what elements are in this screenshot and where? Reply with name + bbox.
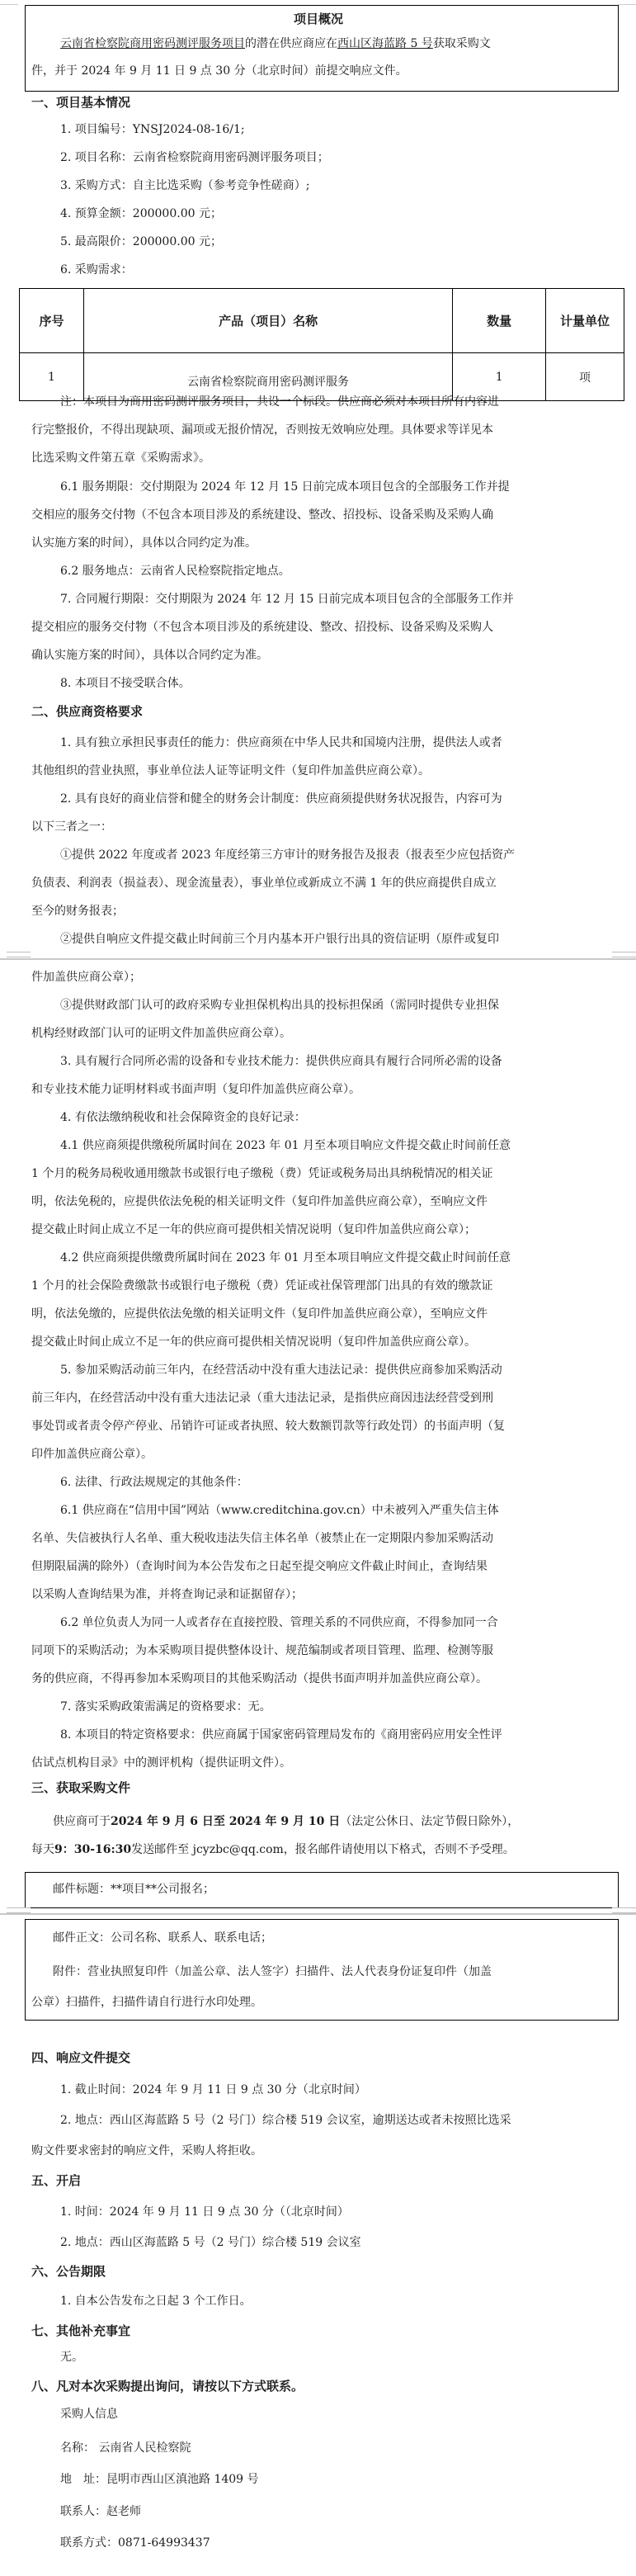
cell-unit: 项 — [546, 353, 624, 401]
qualification-line: 6.1 供应商在“信用中国”网站（www.creditchina.gov.cn）… — [60, 1503, 499, 1518]
qualification-line: 2. 具有良好的商业信誉和健全的财务会计制度：供应商须提供财务状况报告，内容可为 — [60, 792, 502, 806]
cell-name: 云南省检察院商用密码测评服务 — [83, 353, 452, 401]
qualification-line: ①提供 2022 年度或者 2023 年度经第三方审计的财务报告及报表（报表至少… — [60, 848, 515, 863]
note-line: 行完整报价，不得出现缺项、漏项或无报价情况，否则按无效响应处理。具体要求等详见本 — [31, 423, 493, 437]
section5-heading: 五、开启 — [31, 2172, 81, 2189]
no-consortium: 8. 本项目不接受联合体。 — [60, 676, 191, 691]
qualification-line: 1. 具有独立承担民事责任的能力：供应商须在中华人民共和国境内注册，提供法人或者 — [60, 735, 502, 750]
overview-title: 项目概况 — [294, 12, 343, 26]
qualification-line: 机构经财政部门认可的证明文件加盖供应商公章）。 — [31, 1026, 291, 1041]
announcement-period: 1. 自本公告发布之日起 3 个工作日。 — [60, 2294, 252, 2309]
registration-period: 供应商可于2024 年 9 月 6 日至 2024 年 9 月 10 日（法定公… — [53, 1814, 519, 1829]
service-period-line: 交相应的服务交付物（不包含本项目涉及的系统建设、整改、招投标、设备采购及采购人确 — [31, 508, 493, 522]
page-break-mark-left — [7, 952, 31, 957]
note-line: 注：本项目为商用密码测评服务项目，共设一个标段。供应商必须对本项目所有内容进 — [60, 395, 499, 409]
project-place: 西山区海蓝路 5 号 — [337, 37, 433, 50]
qualification-line: 前三年内，在经营活动中没有重大违法记录（重大违法记录，是指供应商因违法经营受到刑 — [31, 1391, 493, 1406]
qualification-line: 名单、失信被执行人名单、重大税收违法失信主体名单（被禁止在一定期限内参加采购活动 — [31, 1531, 493, 1546]
section6-heading: 六、公告期限 — [31, 2263, 106, 2280]
project-name-link: 云南省检察院商用密码测评服务项目 — [60, 37, 245, 50]
purchaser-info-heading: 采购人信息 — [60, 2407, 118, 2422]
opening-location: 2. 地点：西山区海蓝路 5 号（2 号门）综合楼 519 会议室 — [60, 2235, 361, 2250]
page-corner-mark-left — [0, 0, 18, 5]
col-header-index: 序号 — [20, 289, 84, 353]
qualification-line: 4.1 供应商须提供缴税所属时间在 2023 年 01 月至本项目响应文件提交截… — [60, 1138, 511, 1153]
mail-attachment-line: 公章）扫描件，扫描件请自行进行水印处理。 — [31, 1995, 262, 2010]
qualification-line: 7. 落实采购政策需满足的资格要求：无。 — [60, 1699, 271, 1714]
qualification-line: 4. 有依法缴纳税收和社会保障资金的良好记录： — [60, 1110, 306, 1125]
cell-quantity: 1 — [453, 353, 546, 401]
qualification-line: 6.2 单位负责人为同一人或者存在直接控股、管理关系的不同供应商，不得参加同一合 — [60, 1615, 498, 1630]
qualification-line: 和专业技术能力证明材料或书面声明（复印件加盖供应商公章）。 — [31, 1082, 360, 1097]
qualification-line: 但期限届满的除外）（查询时间为本公告发布之日起至提交响应文件截止时间止，查询结果 — [31, 1559, 488, 1574]
submission-location-line: 购文件要求密封的响应文件，采购人将拒收。 — [31, 2144, 262, 2158]
registration-dates: 2024 年 9 月 6 日至 2024 年 9 月 10 日 — [111, 1815, 340, 1828]
page-break-mark-right — [612, 1907, 636, 1913]
section8-heading: 八、凡对本次采购提出询问，请按以下方式联系。 — [31, 2378, 304, 2394]
mail-attachment-line: 附件：营业执照复印件（加盖公章、法人签字）扫描件、法人代表身份证复印件（加盖 — [53, 1964, 492, 1979]
col-header-quantity: 数量 — [453, 289, 546, 353]
qualification-line: 件加盖供应商公章）； — [31, 970, 141, 985]
qualification-line: 以下三者之一： — [31, 820, 112, 834]
page-break — [0, 958, 636, 960]
qualification-line: 估试点机构目录》中的测评机构（提供证明文件）。 — [31, 1756, 291, 1770]
qualification-line: 明，依法免税的，应提供依法免税的相关证明文件（复印件加盖供应商公章），至响应文件 — [31, 1194, 488, 1209]
service-period-line: 认实施方案的时间），具体以合同约定为准。 — [31, 536, 257, 551]
overview-line-2: 件，并于 2024 年 9 月 11 日 9 点 30 分（北京时间）前提交响应… — [31, 64, 408, 78]
procurement-method: 3. 采购方式：自主比选采购（参考竞争性磋商）; — [60, 178, 310, 193]
purchaser-address: 地 址：昆明市西山区滇池路 1409 号 — [60, 2472, 259, 2487]
opening-time: 1. 时间：2024 年 9 月 11 日 9 点 30 分（（北京时间） — [60, 2205, 349, 2219]
qualification-line: 4.2 供应商须提供缴费所属时间在 2023 年 01 月至本项目响应文件提交截… — [60, 1250, 511, 1265]
contract-period-line: 确认实施方案的时间），具体以合同约定为准。 — [31, 648, 268, 663]
qualification-line: 提交截止时间止成立不足一年的供应商可提供相关情况说明（复印件加盖供应商公章）； — [31, 1222, 476, 1237]
qualification-line: 同项下的采购活动；为本采购项目提供整体设计、规范编制或者项目管理、监理、检测等服 — [31, 1643, 493, 1658]
budget-amount: 4. 预算金额：200000.00 元； — [60, 206, 222, 221]
col-header-name: 产品（项目）名称 — [83, 289, 452, 353]
project-code: 1. 项目编号：YNSJ2024-08-16/1; — [60, 122, 245, 137]
purchaser-name: 名称： 云南省人民检察院 — [60, 2441, 191, 2455]
qualification-line: ③提供财政部门认可的政府采购专业担保机构出具的投标担保函（需同时提供专业担保 — [60, 998, 499, 1013]
qualification-line: 提交截止时间止成立不足一年的供应商可提供相关情况说明（复印件加盖供应商公章）。 — [31, 1335, 476, 1349]
registration-hours-email: 每天9：30-16:30发送邮件至 jcyzbc@qq.com，报名邮件请使用以… — [31, 1842, 515, 1857]
table-header-row: 序号 产品（项目）名称 数量 计量单位 — [20, 289, 624, 353]
page-corner-mark-right — [618, 0, 636, 5]
other-matters: 无。 — [60, 2350, 83, 2365]
qualification-line: 印件加盖供应商公章）。 — [31, 1447, 153, 1462]
col-header-unit: 计量单位 — [546, 289, 624, 353]
registration-hours: 9：30-16:30 — [54, 1843, 131, 1856]
mail-body: 邮件正文：公司名称、联系人、联系电话； — [53, 1931, 272, 1945]
section3-heading: 三、获取采购文件 — [31, 1780, 130, 1796]
service-location: 6.2 服务地点：云南省人民检察院指定地点。 — [60, 564, 290, 579]
qualification-line: 其他组织的营业执照，事业单位法人证等证明文件（复印件加盖供应商公章）。 — [31, 763, 430, 778]
purchaser-phone: 联系方式：0871-64993437 — [60, 2536, 210, 2550]
section2-heading: 二、供应商资格要求 — [31, 703, 143, 720]
qualification-line: ②提供自响应文件提交截止时间前三个月内基本开户银行出具的资信证明（原件或复印 — [60, 932, 499, 947]
service-period-line: 6.1 服务期限：交付期限为 2024 年 12 月 15 日前完成本项目包含的… — [60, 480, 510, 494]
qualification-line: 6. 法律、行政法规规定的其他条件： — [60, 1475, 248, 1490]
note-line: 比选采购文件第五章《采购需求》。 — [31, 451, 210, 466]
requirements-table: 序号 产品（项目）名称 数量 计量单位 1 云南省检察院商用密码测评服务 1 项 — [19, 288, 624, 401]
submission-deadline: 1. 截止时间：2024 年 9 月 11 日 9 点 30 分（北京时间） — [60, 2082, 366, 2097]
max-price: 5. 最高限价：200000.00 元； — [60, 234, 222, 249]
qualification-line: 至今的财务报表； — [31, 904, 124, 919]
page-break — [0, 1913, 636, 1915]
section7-heading: 七、其他补充事宜 — [31, 2323, 130, 2339]
cell-index: 1 — [20, 353, 84, 401]
qualification-line: 事处罚或者责令停产停业、吊销许可证或者执照、较大数额罚款等行政处罚）的书面声明（… — [31, 1419, 505, 1434]
qualification-line: 以采购人查询结果为准，并将查询记录和证据留存）； — [31, 1587, 303, 1602]
qualification-line: 3. 具有履行合同所必需的设备和专业技术能力：提供供应商具有履行合同所必需的设备 — [60, 1054, 502, 1069]
contract-period-line: 7. 合同履行期限：交付期限为 2024 年 12 月 15 日前完成本项目包含… — [60, 592, 514, 607]
registration-email: 发送邮件至 jcyzbc@qq.com，报名邮件请使用以下格式，否则不予受理。 — [131, 1843, 515, 1856]
purchaser-contact: 联系人：赵老师 — [60, 2504, 141, 2519]
qualification-line: 1 个月的税务局税收通用缴款书或银行电子缴税（费）凭证或税务局出具纳税情况的相关… — [31, 1166, 492, 1181]
page-break-mark-right — [612, 952, 636, 957]
section1-heading: 一、项目基本情况 — [31, 94, 130, 111]
project-name: 2. 项目名称：云南省检察院商用密码测评服务项目； — [60, 150, 329, 165]
submission-location-line: 2. 地点：西山区海蓝路 5 号（2 号门）综合楼 519 会议室，逾期送达或者… — [60, 2113, 511, 2128]
qualification-line: 明，依法免缴的，应提供依法免缴的相关证明文件（复印件加盖供应商公章），至响应文件 — [31, 1307, 488, 1321]
procurement-requirements: 6. 采购需求： — [60, 262, 133, 277]
page-break-mark-left — [7, 1907, 31, 1913]
mail-subject: 邮件标题：**项目**公司报名； — [53, 1882, 214, 1897]
qualification-line: 8. 本项目的特定资格要求：供应商属于国家密码管理局发布的《商用密码应用安全性评 — [60, 1728, 502, 1742]
qualification-line: 5. 参加采购活动前三年内，在经营活动中没有重大违法记录：提供供应商参加采购活动 — [60, 1363, 502, 1378]
qualification-line: 1 个月的社会保险费缴款书或银行电子缴税（费）凭证或社保管理部门出具的有效的缴款… — [31, 1279, 492, 1293]
overview-line-1: 云南省检察院商用密码测评服务项目的潜在供应商应在西山区海蓝路 5 号获取采购文 — [60, 36, 491, 51]
qualification-line: 负债表、利润表（损益表）、现金流量表），事业单位或新成立不满 1 年的供应商提供… — [31, 876, 497, 891]
section4-heading: 四、响应文件提交 — [31, 2049, 130, 2066]
contract-period-line: 提交相应的服务交付物（不包含本项目涉及的系统建设、整改、招投标、设备采购及采购人 — [31, 620, 493, 635]
table-row: 1 云南省检察院商用密码测评服务 1 项 — [20, 353, 624, 401]
qualification-line: 务的供应商，不得再参加本采购项目的其他采购活动（提供书面声明并加盖供应商公章）。 — [31, 1671, 488, 1686]
